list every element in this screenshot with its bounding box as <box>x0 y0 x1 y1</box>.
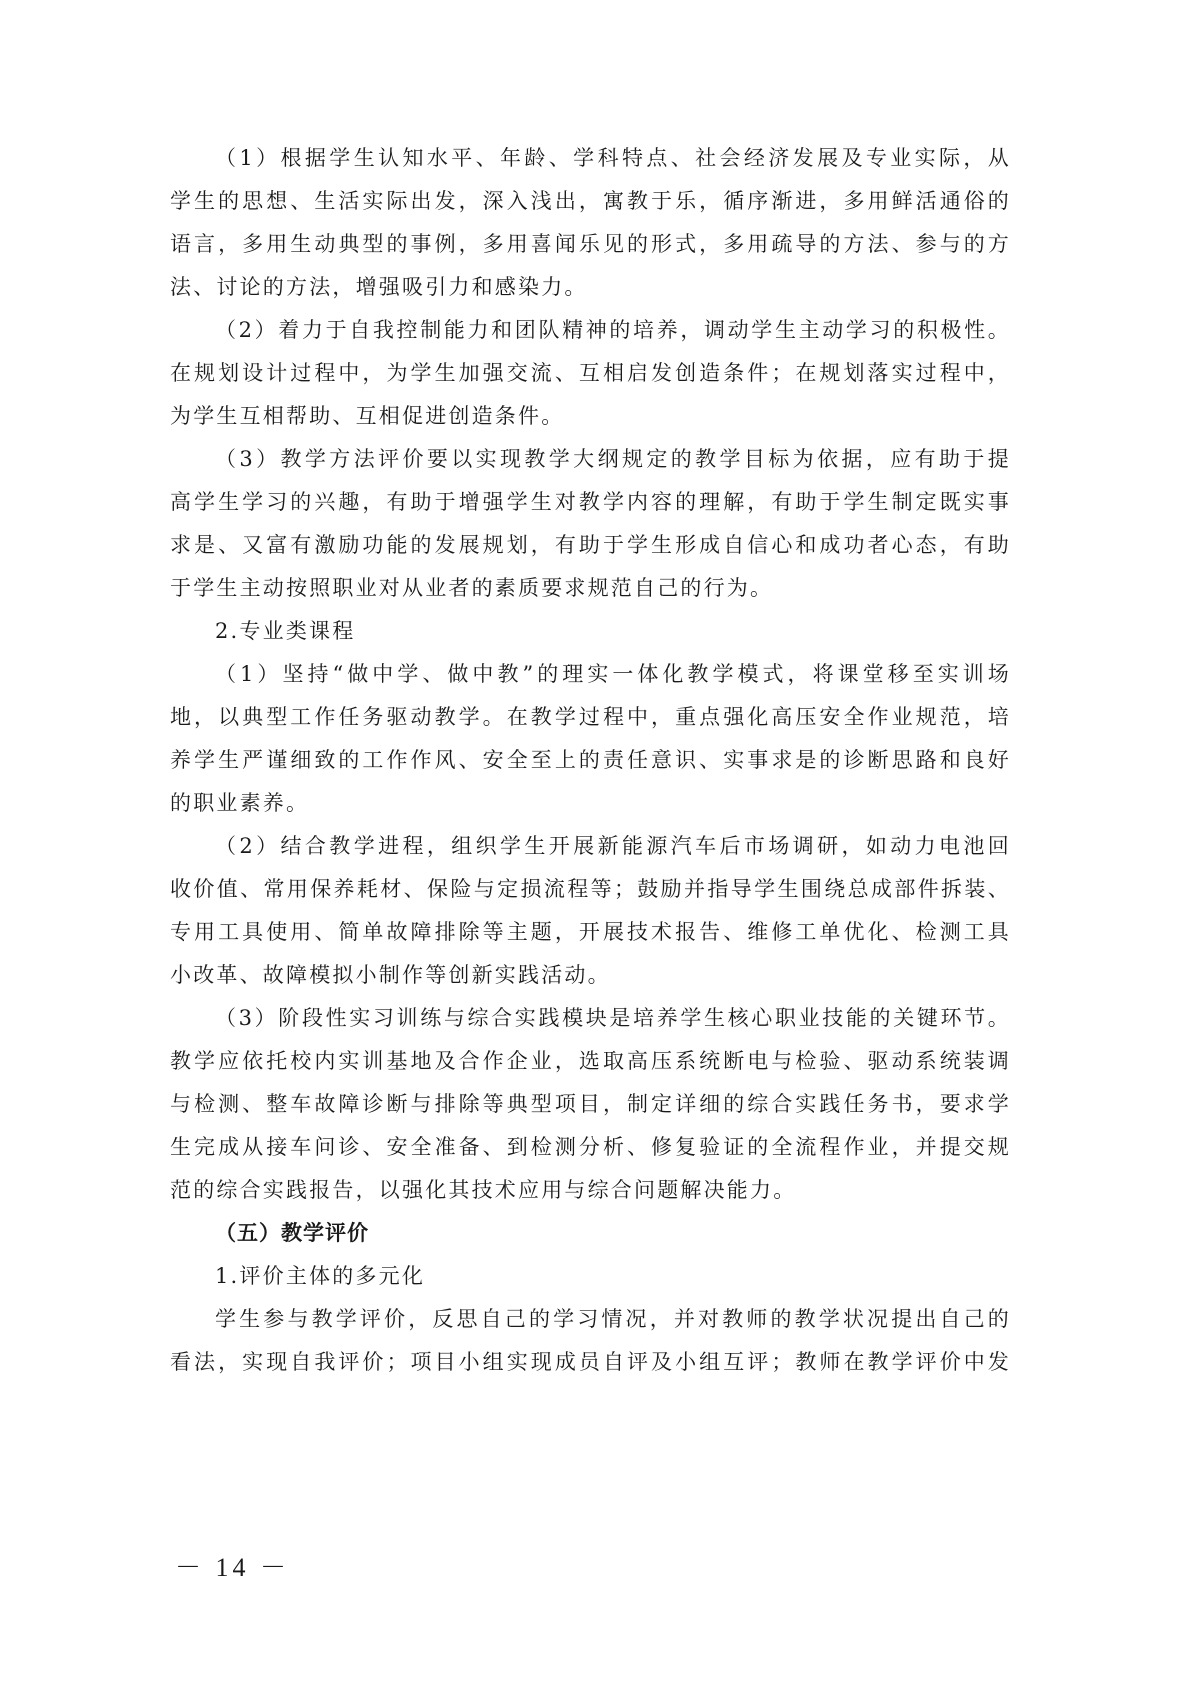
text-line: 教学应依托校内实训基地及合作企业，选取高压系统断电与检验、驱动系统装调 <box>170 1046 1011 1076</box>
text-line: 学生的思想、生活实际出发，深入浅出，寓教于乐，循序渐进，多用鲜活通俗的 <box>170 186 1011 216</box>
text-line: 收价值、常用保养耗材、保险与定损流程等；鼓励并指导学生围绕总成部件拆装、 <box>170 874 1011 904</box>
text-line: 地，以典型工作任务驱动教学。在教学过程中，重点强化高压安全作业规范，培 <box>170 702 1011 732</box>
text-line: 在规划设计过程中，为学生加强交流、互相启发创造条件；在规划落实过程中， <box>170 358 1011 388</box>
text-line: 养学生严谨细致的工作作风、安全至上的责任意识、实事求是的诊断思路和良好 <box>170 745 1011 775</box>
document-page: （1）根据学生认知水平、年龄、学科特点、社会经济发展及专业实际，从学生的思想、生… <box>0 0 1191 1684</box>
text-line: 2.专业类课程 <box>215 616 1011 646</box>
text-line: 法、讨论的方法，增强吸引力和感染力。 <box>170 272 1011 302</box>
text-line: 语言，多用生动典型的事例，多用喜闻乐见的形式，多用疏导的方法、参与的方 <box>170 229 1011 259</box>
text-line: 小改革、故障模拟小制作等创新实践活动。 <box>170 960 1011 990</box>
text-line: 为学生互相帮助、互相促进创造条件。 <box>170 401 1011 431</box>
text-line: （2）着力于自我控制能力和团队精神的培养，调动学生主动学习的积极性。 <box>215 315 1011 345</box>
text-line: 求是、又富有激励功能的发展规划，有助于学生形成自信心和成功者心态，有助 <box>170 530 1011 560</box>
text-line: （1）坚持“做中学、做中教”的理实一体化教学模式，将课堂移至实训场 <box>215 659 1011 689</box>
text-line: （3）阶段性实习训练与综合实践模块是培养学生核心职业技能的关键环节。 <box>215 1003 1011 1033</box>
page-number: － 14 － <box>175 1547 290 1584</box>
text-line: （3）教学方法评价要以实现教学大纲规定的教学目标为依据，应有助于提 <box>215 444 1011 474</box>
text-line: 1.评价主体的多元化 <box>215 1261 1011 1291</box>
text-line: 于学生主动按照职业对从业者的素质要求规范自己的行为。 <box>170 573 1011 603</box>
text-line: 高学生学习的兴趣，有助于增强学生对教学内容的理解，有助于学生制定既实事 <box>170 487 1011 517</box>
section-heading: （五）教学评价 <box>215 1218 1011 1248</box>
text-line: 专用工具使用、简单故障排除等主题，开展技术报告、维修工单优化、检测工具 <box>170 917 1011 947</box>
text-line: 的职业素养。 <box>170 788 1011 818</box>
text-line: （1）根据学生认知水平、年龄、学科特点、社会经济发展及专业实际，从 <box>215 143 1011 173</box>
text-line: 学生参与教学评价，反思自己的学习情况，并对教师的教学状况提出自己的 <box>215 1304 1011 1334</box>
text-line: （2）结合教学进程，组织学生开展新能源汽车后市场调研，如动力电池回 <box>215 831 1011 861</box>
text-line: 生完成从接车问诊、安全准备、到检测分析、修复验证的全流程作业，并提交规 <box>170 1132 1011 1162</box>
text-line: 与检测、整车故障诊断与排除等典型项目，制定详细的综合实践任务书，要求学 <box>170 1089 1011 1119</box>
text-line: 范的综合实践报告，以强化其技术应用与综合问题解决能力。 <box>170 1175 1011 1205</box>
text-line: 看法，实现自我评价；项目小组实现成员自评及小组互评；教师在教学评价中发 <box>170 1347 1011 1377</box>
